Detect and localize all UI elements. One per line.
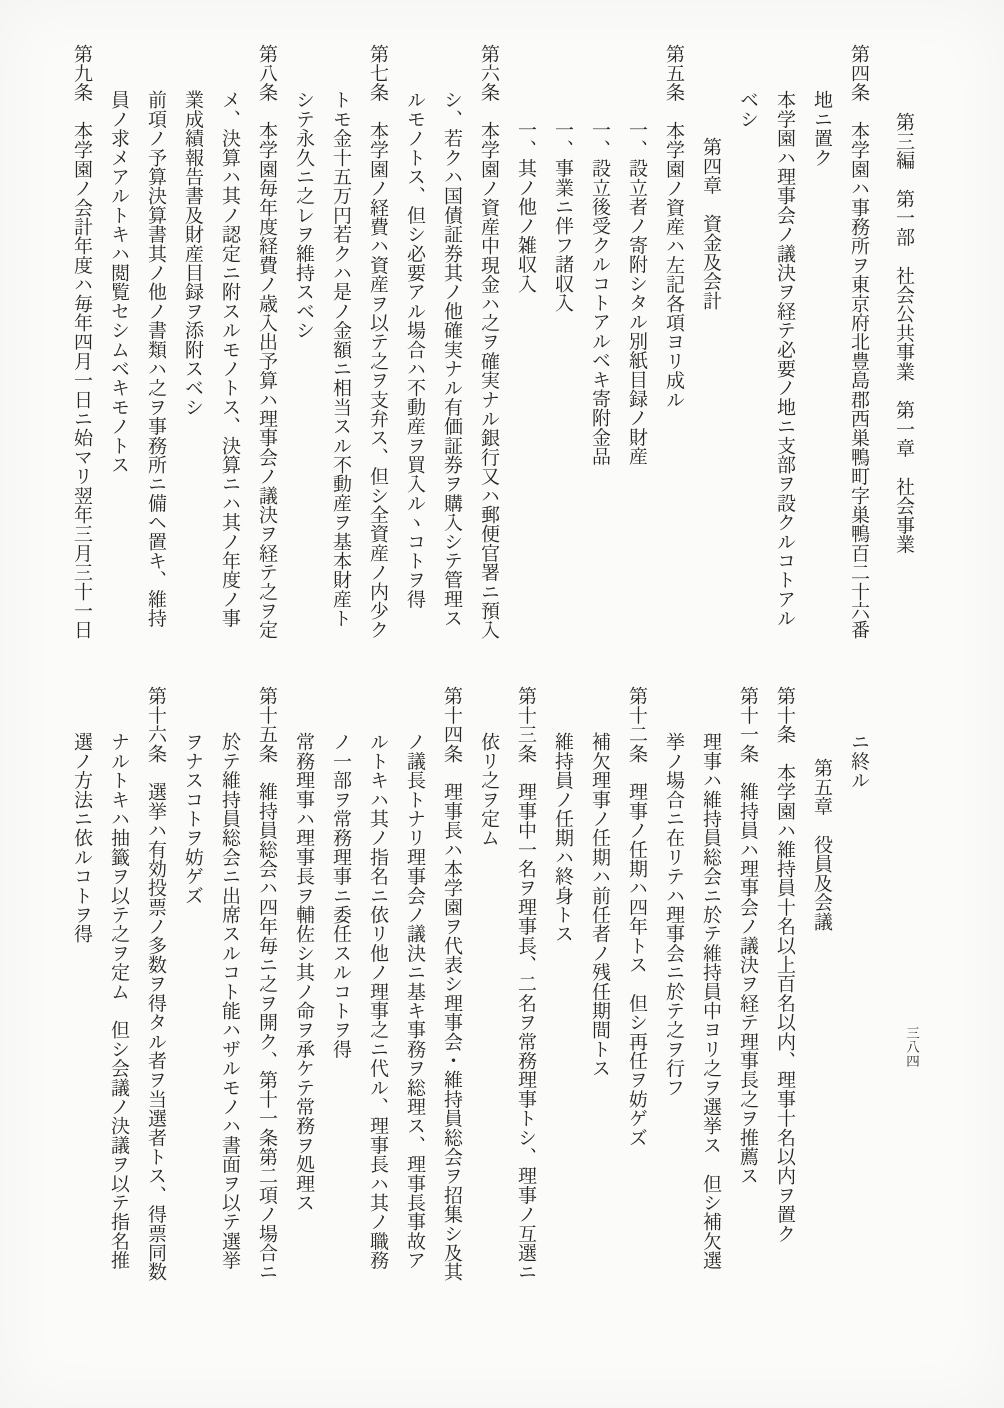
text-line-article: 第十一条 維持員ハ理事会ノ議決ヲ経テ理事長之ヲ推薦ス xyxy=(729,686,766,1286)
text-line-continuation: ルトキハ其ノ指名ニ依リ他ノ理事之ニ代ル、理事長ハ其ノ職務 xyxy=(359,686,396,1286)
text-line-continuation: 挙ノ場合ニ在リテハ理事会ニ於テ之ヲ行フ xyxy=(655,686,692,1286)
text-line-item: 一、設立後受クルコトアルベキ寄附金品 xyxy=(581,44,618,644)
text-line-chapter: 第五章 役員及会議 xyxy=(803,686,840,1286)
text-line-continuation: 維持員ノ任期ハ終身トス xyxy=(544,686,581,1286)
text-line-item: 一、設立者ノ寄附シタル別紙目録ノ財産 xyxy=(618,44,655,644)
text-line-continuation: ベシ xyxy=(729,44,766,644)
text-line-continuation: ナルトキハ抽籤ヲ以テ之ヲ定ム 但シ会議ノ決議ヲ以テ指名推 xyxy=(100,686,137,1286)
text-line-continuation: 本学園ハ理事会ノ議決ヲ経テ必要ノ地ニ支部ヲ設クルコトアル xyxy=(766,44,803,644)
text-line-continuation: 理事ハ維持員総会ニ於テ維持員中ヨリ之ヲ選挙ス 但シ補欠選 xyxy=(692,686,729,1286)
text-line-continuation: ルモノトス、但シ必要アル場合ハ不動産ヲ買入ルヽコトヲ得 xyxy=(396,44,433,644)
text-line-continuation: 常務理事ハ理事長ヲ輔佐シ其ノ命ヲ承ケテ常務ヲ処理ス xyxy=(285,686,322,1286)
text-line-article: 第五条 本学園ノ資産ハ左記各項ヨリ成ル xyxy=(655,44,692,644)
scanned-document-page: 第三編 第一部 社会公共事業 第一章 社会事業第四条 本学園ハ事務所ヲ東京府北豊… xyxy=(0,0,1004,1408)
text-line-article: 第六条 本学園ノ資産中現金ハ之ヲ確実ナル銀行又ハ郵便官署ニ預入 xyxy=(470,44,507,644)
text-line-continuation: 於テ維持員総会ニ出席スルコト能ハザルモノハ書面ヲ以テ選挙 xyxy=(211,686,248,1286)
text-line-continuation: ニ終ル xyxy=(840,686,877,1286)
text-line-continuation: 員ノ求メアルトキハ閲覧セシムベキモノトス xyxy=(100,44,137,644)
text-line-continuation: 選ノ方法ニ依ルコトヲ得 xyxy=(63,686,100,1286)
text-line-continuation: メ、決算ハ其ノ認定ニ附スルモノトス、決算ニハ其ノ年度ノ事 xyxy=(211,44,248,644)
text-line-item: 一、其ノ他ノ雑収入 xyxy=(507,44,544,644)
text-line-article: 第十三条 理事中一名ヲ理事長、二名ヲ常務理事トシ、理事ノ互選ニ xyxy=(507,686,544,1286)
text-line-article: 第八条 本学園毎年度経費ノ歳入出予算ハ理事会ノ議決ヲ経テ之ヲ定 xyxy=(248,44,285,644)
text-line-continuation: トモ金十五万円若クハ是ノ金額ニ相当スル不動産ヲ基本財産ト xyxy=(322,44,359,644)
text-block-lower: ニ終ル第五章 役員及会議第十条 本学園ハ維持員十名以上百名以内、理事十名以内ヲ置… xyxy=(63,686,877,1286)
text-line-continuation: ノ議長トナリ理事会ノ議決ニ基キ事務ヲ総理ス、理事長事故ア xyxy=(396,686,433,1286)
text-line-chapter: 第四章 資金及会計 xyxy=(692,44,729,644)
text-line-continuation: 地ニ置ク xyxy=(803,44,840,644)
text-line-article: 第十五条 維持員総会ハ四年毎ニ之ヲ開ク、第十一条第二項ノ場合ニ xyxy=(248,686,285,1286)
text-line-article: 第四条 本学園ハ事務所ヲ東京府北豊島郡西巣鴨町字巣鴨百二十六番 xyxy=(840,44,877,644)
text-line-continuation: 業成績報告書及財産目録ヲ添附スベシ xyxy=(174,44,211,644)
text-line-article: 第七条 本学園ノ経費ハ資産ヲ以テ之ヲ支弁ス、但シ全資産ノ内少ク xyxy=(359,44,396,644)
text-line-item: 一、事業ニ伴フ諸収入 xyxy=(544,44,581,644)
text-block-upper: 第三編 第一部 社会公共事業 第一章 社会事業第四条 本学園ハ事務所ヲ東京府北豊… xyxy=(63,44,922,644)
page-number: 三八四 xyxy=(905,1026,919,1068)
text-line-continuation: ノ一部ヲ常務理事ニ委任スルコトヲ得 xyxy=(322,686,359,1286)
text-line-continuation: 依リ之ヲ定ム xyxy=(470,686,507,1286)
text-line-continuation: 前項ノ予算決算書其ノ他ノ書類ハ之ヲ事務所ニ備ヘ置キ、維持 xyxy=(137,44,174,644)
text-line-article: 第十六条 選挙ハ有効投票ノ多数ヲ得タル者ヲ当選者トス、得票同数 xyxy=(137,686,174,1286)
text-line-article: 第十二条 理事ノ任期ハ四年トス 但シ再任ヲ妨ゲズ xyxy=(618,686,655,1286)
text-line-continuation: 補欠理事ノ任期ハ前任者ノ残任期間トス xyxy=(581,686,618,1286)
text-line-header: 第三編 第一部 社会公共事業 第一章 社会事業 xyxy=(885,44,922,644)
text-line-continuation: ヲナスコトヲ妨ゲズ xyxy=(174,686,211,1286)
text-line-article: 第十条 本学園ハ維持員十名以上百名以内、理事十名以内ヲ置ク xyxy=(766,686,803,1286)
text-line-article: 第十四条 理事長ハ本学園ヲ代表シ理事会・維持員総会ヲ招集シ及其 xyxy=(433,686,470,1286)
text-line-article: 第九条 本学園ノ会計年度ハ毎年四月一日ニ始マリ翌年三月三十一日 xyxy=(63,44,100,644)
text-line-continuation: シテ永久ニ之レヲ維持スベシ xyxy=(285,44,322,644)
text-line-continuation: シ、若クハ国債証券其ノ他確実ナル有価証券ヲ購入シテ管理ス xyxy=(433,44,470,644)
